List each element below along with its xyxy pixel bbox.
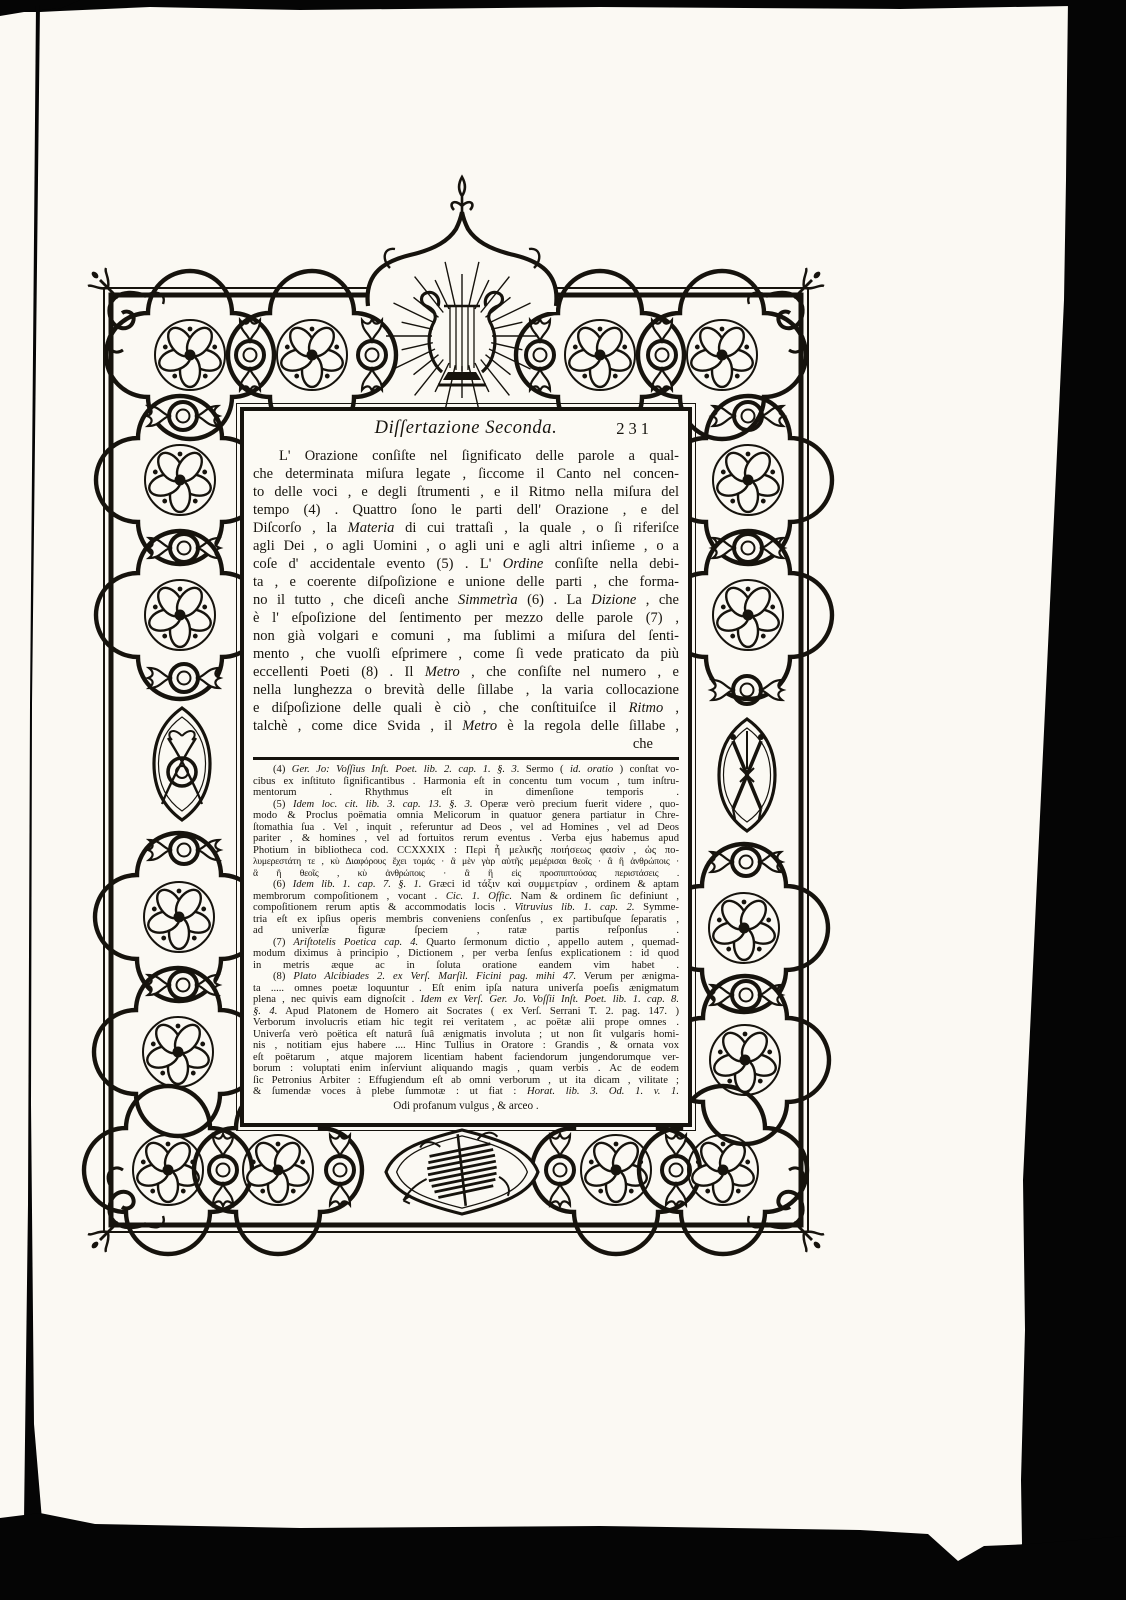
text-line: no il tutto , che diceſi anche Simmetrìa… [253, 591, 679, 609]
footnote-line: ſtomathia ſua . Vel , inquit , referuntu… [253, 822, 679, 834]
text-line: to delle voci , e degli ſtrumenti , e il… [253, 483, 679, 501]
footnote-line: & ſumendæ voces à plebe ſummotæ : ut fia… [253, 1086, 679, 1098]
footnote-line: Photium in bibliotheca cod. CCXXXIX : Πε… [253, 845, 679, 857]
footnote-line: λυμερεστάτη τε , κὺ Διαφόρους ἔχει τομάς… [253, 856, 679, 868]
text-line: e diſpoſizione delle quali è ciò , che c… [253, 699, 679, 717]
scanned-book-page: Diſſertazione Seconda. 231 L' Orazione c… [0, 0, 1126, 1600]
page-number: 231 [616, 419, 653, 439]
footnote-line: Univerſa verò poëtica eſt naturâ ſuâ æni… [253, 1029, 679, 1041]
text-line: non già volgari e comuni , ma ſublimi a … [253, 627, 679, 645]
footnote-line: (5) Idem loc. cit. lib. 3. cap. 13. §. 3… [253, 799, 679, 811]
footnote-line: membrorum compoſitionem , vocant . Cic. … [253, 891, 679, 903]
footnote-line: pariter , & homines , vel ad fortuitos r… [253, 833, 679, 845]
footnote-line: ad univerſæ figuræ ſpeciem , ratæ partis… [253, 925, 679, 937]
footnote-line: ſic Petronius Arbiter : Effugiendum eſt … [253, 1075, 679, 1087]
footnote: (8) Plato Alcibiades 2. ex Verſ. Marſil.… [253, 971, 679, 1098]
footnote-line: nis , notitiam ejus habere .... Hinc Tul… [253, 1040, 679, 1052]
footnote-line: compoſitionem rerum aptis & accommodatis… [253, 902, 679, 914]
footnote-line: borum : voluptati enim inſerviunt aliqua… [253, 1063, 679, 1075]
footnote-line: (6) Idem lib. 1. cap. 7. §. 1. Græci id … [253, 879, 679, 891]
panpipes-icon [386, 1128, 538, 1214]
footnote-line: cibus ex inſtituto ſignificantibus . Har… [253, 776, 679, 788]
main-paragraph: L' Orazione conſiſte nel ſignificato del… [253, 447, 679, 735]
crossed-torches-medallion-icon [719, 719, 775, 831]
page-title: Diſſertazione Seconda. [253, 418, 679, 439]
text-line: Diſcorſo , la Materia di cui trattaſi , … [253, 519, 679, 537]
text-line: agli Dei , o agli Uomini , o agli uni e … [253, 537, 679, 555]
text-line: nella lunghezza o brevità delle ſillabe … [253, 681, 679, 699]
text-line: mento , che vuolſi eſprimere , come ſi v… [253, 645, 679, 663]
text-line: eccellenti Poeti (8) . Il Metro , che co… [253, 663, 679, 681]
text-block: Diſſertazione Seconda. 231 L' Orazione c… [240, 407, 692, 1127]
footnotes: (4) Ger. Jo: Voſſius Inſt. Poet. lib. 2.… [253, 764, 679, 1098]
footnote-line: modum diximus à principio , Dictionem , … [253, 948, 679, 960]
text-line: L' Orazione conſiſte nel ſignificato del… [253, 447, 679, 465]
text-line: talchè , come dice Svida , il Metro è la… [253, 717, 679, 735]
footnote-line: plena , nec quivis eam dignoſcit . Idem … [253, 994, 679, 1006]
footnote-line: in metris æque ac in ſoluta oratione ean… [253, 960, 679, 972]
footnote: (6) Idem lib. 1. cap. 7. §. 1. Græci id … [253, 879, 679, 937]
footnote: (5) Idem loc. cit. lib. 3. cap. 13. §. 3… [253, 799, 679, 880]
latin-motto: Odi profanum vulgus , & arceo . [253, 1100, 679, 1112]
ribbon-horn-medallion-icon [154, 708, 210, 820]
footnote-line: tria eſt ex ipſius operis membris conven… [253, 914, 679, 926]
footnote-line: §. 4. Apud Platonem de Homero ait Socrat… [253, 1006, 679, 1018]
running-head: Diſſertazione Seconda. 231 [253, 418, 679, 444]
footnote-line: (4) Ger. Jo: Voſſius Inſt. Poet. lib. 2.… [253, 764, 679, 776]
catchword: che [253, 735, 679, 753]
footnote: (7) Ariſtotelis Poetica cap. 4. Quarto ſ… [253, 937, 679, 972]
footnote-line: (7) Ariſtotelis Poetica cap. 4. Quarto ſ… [253, 937, 679, 949]
lyre-sunburst-icon [368, 177, 557, 410]
footnote-line: Verborum involucris etiam hic tegit rei … [253, 1017, 679, 1029]
text-line: ta , e coerente diſpoſizione e unione de… [253, 573, 679, 591]
text-line: è l' eſpoſizione del ſentimento per mezz… [253, 609, 679, 627]
text-line: tempo (4) . Quattro ſono le parti dell' … [253, 501, 679, 519]
footnote-rule [253, 757, 679, 760]
footnote-line: mentorum . Rhythmus eſt in dimenſione te… [253, 787, 679, 799]
footnote-line: (8) Plato Alcibiades 2. ex Verſ. Marſil.… [253, 971, 679, 983]
footnote-line: eſt poëtarum , atque majorem licentiam h… [253, 1052, 679, 1064]
text-line: coſe d' accidentale evento (5) . L' Ordi… [253, 555, 679, 573]
text-line: che determinata miſura legate , ſiccome … [253, 465, 679, 483]
footnote-line: modo & Proclus poëmatia omnia Melicorum … [253, 810, 679, 822]
footnote: (4) Ger. Jo: Voſſius Inſt. Poet. lib. 2.… [253, 764, 679, 799]
footnote-line: ἃ ἢ θεοῖς , κὺ ἀνθρώποις · ἃ ἢ εἰς προσπ… [253, 868, 679, 880]
footnote-line: ta ..... omnes poetæ loquuntur . Eſt eni… [253, 983, 679, 995]
